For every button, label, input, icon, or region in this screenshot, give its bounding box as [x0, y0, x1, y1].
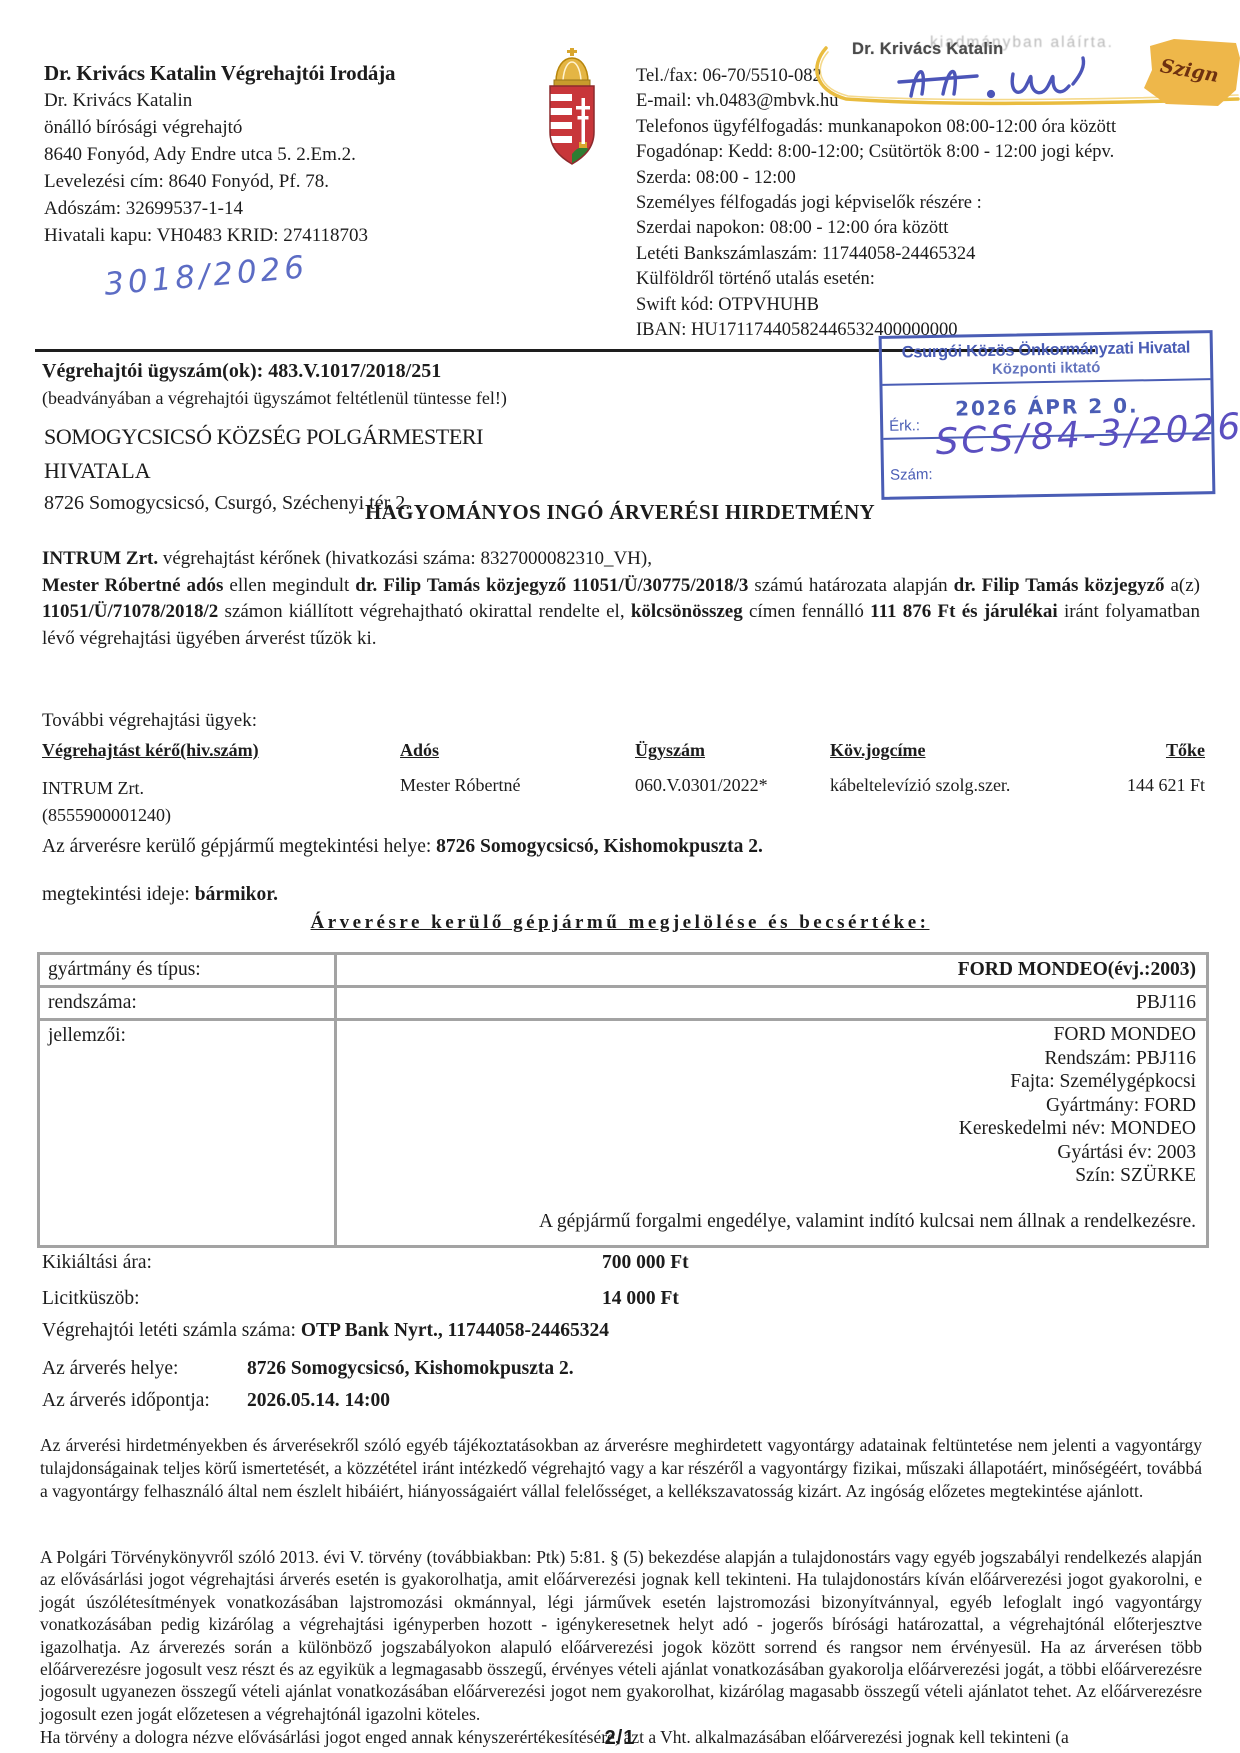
- bid-step-value: 14 000 Ft: [602, 1288, 679, 1310]
- bid-step-row: Licitküszöb: 14 000 Ft: [42, 1288, 1202, 1310]
- col-debtor: Adós: [400, 740, 635, 761]
- vehicle-feature-lines: FORD MONDEORendszám: PBJ116Fajta: Személ…: [347, 1023, 1196, 1188]
- inspection-place-line: Az árverésre kerülő gépjármű megtekintés…: [42, 836, 763, 858]
- vehicle-features-value: FORD MONDEORendszám: PBJ116Fajta: Személ…: [337, 1021, 1206, 1245]
- page-number: 2/1: [0, 1727, 1240, 1750]
- legal-paragraph-1: Az árverési hirdetményekben és árverések…: [40, 1434, 1202, 1503]
- starting-price-label: Kikiáltási ára:: [42, 1252, 602, 1274]
- legal-paragraph-2: A Polgári Törvénykönyvről szóló 2013. év…: [40, 1546, 1202, 1725]
- cell-principal: 144 621 Ft: [1080, 775, 1205, 829]
- intro-paragraph: INTRUM Zrt. végrehajtást kérőnek (hivatk…: [42, 546, 1200, 652]
- document-title: HAGYOMÁNYOS INGÓ ÁRVERÉSI HIRDETMÉNY: [0, 500, 1240, 525]
- scanned-auction-notice-page: Dr. Krivács Katalin Végrehajtói Irodája …: [0, 0, 1240, 1753]
- col-case-number: Ügyszám: [635, 740, 830, 761]
- cell-requester: INTRUM Zrt. (8555900001240): [42, 775, 400, 829]
- addressee-name-line1: SOMOGYCSICSÓ KÖZSÉG POLGÁRMESTERI: [44, 424, 483, 450]
- cell-debtor: Mester Róbertné: [400, 775, 635, 829]
- vehicle-plate-value: PBJ116: [337, 988, 1206, 1018]
- vehicle-make-label: gyártmány és típus:: [40, 955, 337, 985]
- table-row: INTRUM Zrt. (8555900001240) Mester Róber…: [42, 775, 1205, 829]
- stamp-number-row: Szám: SCS/84-3/2026: [883, 434, 1212, 488]
- bailiff-office-lines: Dr. Krivács Katalinönálló bírósági végre…: [44, 87, 514, 249]
- municipality-receipt-stamp: Csurgói Közös Önkormányzati Hivatal Közp…: [879, 330, 1216, 500]
- case-number-note: (beadványában a végrehajtói ügyszámot fe…: [42, 388, 507, 409]
- vehicle-plate-label: rendszáma:: [40, 988, 337, 1018]
- vehicle-features-label: jellemzői:: [40, 1021, 337, 1245]
- table-row: jellemzői: FORD MONDEORendszám: PBJ116Fa…: [40, 1021, 1206, 1245]
- handwritten-registry-number: 3018/2026: [103, 249, 310, 303]
- auction-place-row: Az árverés helye: 8726 Somogycsicsó, Kis…: [42, 1358, 574, 1380]
- bailiff-office-name: Dr. Krivács Katalin Végrehajtói Irodája: [44, 60, 514, 87]
- vehicle-note: A gépjármű forgalmi engedélye, valamint …: [347, 1210, 1196, 1242]
- bailiff-office-block: Dr. Krivács Katalin Végrehajtói Irodája …: [44, 60, 514, 249]
- vehicle-make-value: FORD MONDEO(évj.:2003): [337, 955, 1206, 985]
- auction-time-label: Az árverés időpontja:: [42, 1390, 247, 1412]
- cell-case-number: 060.V.0301/2022*: [635, 775, 830, 829]
- cell-claim-title: kábeltelevízió szolg.szer.: [830, 775, 1080, 829]
- auction-place-label: Az árverés helye:: [42, 1358, 247, 1380]
- starting-price-value: 700 000 Ft: [602, 1252, 689, 1274]
- auction-time-row: Az árverés időpontja: 2026.05.14. 14:00: [42, 1390, 390, 1412]
- vehicle-section-title: Árverésre kerülő gépjármű megjelölése és…: [0, 912, 1240, 934]
- stamp-number-label: Szám:: [890, 466, 933, 484]
- bailiff-case-number: Végrehajtói ügyszám(ok): 483.V.1017/2018…: [42, 360, 441, 383]
- handwritten-signature-scribble: [895, 52, 1165, 115]
- deposit-account-line: Végrehajtói letéti számla száma: OTP Ban…: [42, 1320, 609, 1342]
- col-requester: Végrehajtást kérő(hiv.szám): [42, 740, 400, 761]
- starting-price-row: Kikiáltási ára: 700 000 Ft: [42, 1252, 1202, 1274]
- hungary-coat-of-arms-icon: [543, 46, 601, 175]
- auction-place-value: 8726 Somogycsicsó, Kishomokpuszta 2.: [247, 1358, 574, 1380]
- auction-time-value: 2026.05.14. 14:00: [247, 1390, 390, 1412]
- further-cases-table: Végrehajtást kérő(hiv.szám) Adós Ügyszám…: [42, 740, 1205, 829]
- bid-step-label: Licitküszöb:: [42, 1288, 602, 1310]
- col-principal: Tőke: [1080, 740, 1205, 761]
- stamp-header: Csurgói Közös Önkormányzati Hivatal Közp…: [882, 333, 1211, 386]
- further-cases-header-row: Végrehajtást kérő(hiv.szám) Adós Ügyszám…: [42, 740, 1205, 761]
- addressee-name-line2: HIVATALA: [44, 458, 151, 484]
- further-cases-heading: További végrehajtási ügyek:: [42, 710, 257, 732]
- vehicle-table: gyártmány és típus: FORD MONDEO(évj.:200…: [37, 952, 1209, 1248]
- col-claim-title: Köv.jogcíme: [830, 740, 1080, 761]
- inspection-time-line: megtekintési ideje: bármikor.: [42, 884, 278, 906]
- table-row: gyártmány és típus: FORD MONDEO(évj.:200…: [40, 955, 1206, 988]
- table-row: rendszáma: PBJ116: [40, 988, 1206, 1021]
